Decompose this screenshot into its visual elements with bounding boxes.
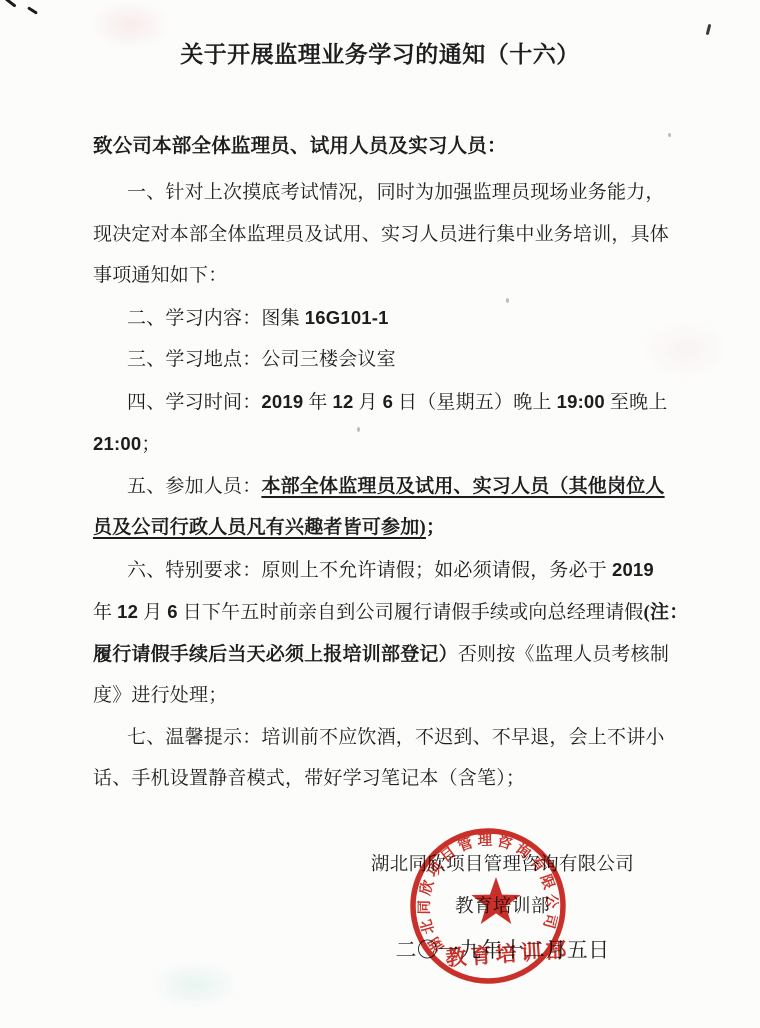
text-segment: 19:00 [557, 391, 605, 412]
text-segment: ； [141, 434, 160, 455]
body-line: 七、温馨提示：培训前不应饮酒，不迟到、不早退，会上不讲小 [93, 717, 671, 759]
body-line: 21:00； [93, 423, 671, 466]
text-segment: 日下午五时前亲自到公司履行请假手续或向总经理请假 [178, 602, 644, 623]
text-segment: 五、参加人员： [127, 476, 261, 497]
text-segment: (注： [644, 602, 689, 623]
text-segment: 本部全体监理员及试用、实习人员（其他岗位人 [261, 476, 664, 497]
text-segment: 2019 [261, 391, 303, 412]
text-segment: 六、特别要求：原则上不允许请假；如必须请假，务必于 [127, 560, 612, 581]
text-segment: 21:00 [93, 433, 141, 454]
text-segment: 否则按《监理人员考核制 [458, 644, 669, 665]
text-segment: 2019 [612, 559, 654, 580]
text-segment: 月 [138, 602, 167, 623]
body-line: 年 12 月 6 日下午五时前亲自到公司履行请假手续或向总经理请假(注： [93, 591, 671, 634]
body-line: 五、参加人员：本部全体监理员及试用、实习人员（其他岗位人 [93, 466, 671, 508]
text-segment: 6 [383, 391, 394, 412]
body-lines: 一、针对上次摸底考试情况，同时为加强监理员现场业务能力，现决定对本部全体监理员及… [93, 172, 671, 800]
body-line: 履行请假手续后当天必须上报培训部登记）否则按《监理人员考核制 [93, 634, 671, 676]
stamp-star-icon [471, 877, 520, 924]
text-segment: 履行请假手续后当天必须上报培训部登记） [93, 644, 458, 665]
body-line: 话、手机设置静音模式，带好学习笔记本（含笔）； [93, 758, 671, 800]
body-line: 三、学习地点：公司三楼会议室 [93, 339, 671, 381]
text-segment: 话、手机设置静音模式，带好学习笔记本（含笔）； [93, 768, 525, 789]
text-segment: 度》进行处理； [93, 685, 227, 706]
body-line: 现决定对本部全体监理员及试用、实习人员进行集中业务培训，具体 [93, 214, 671, 256]
text-segment: 现决定对本部全体监理员及试用、实习人员进行集中业务培训，具体 [93, 224, 669, 245]
text-segment: 至晚上 [605, 392, 668, 413]
text-segment: 二、学习内容：图集 [127, 308, 305, 329]
text-segment: 员及公司行政人员凡有兴趣者皆可参加) [93, 517, 426, 538]
document-title: 关于开展监理业务学习的通知（十六） [0, 38, 760, 72]
company-stamp: 湖北同欣项目管理咨询有限公司 教育培训部 [401, 821, 577, 993]
document-body: 致公司本部全体监理员、试用人员及实习人员： 一、针对上次摸底考试情况，同时为加强… [93, 126, 671, 971]
body-line: 四、学习时间：2019 年 12 月 6 日（星期五）晚上 19:00 至晚上 [93, 381, 671, 424]
text-segment: 事项通知如下： [93, 265, 227, 286]
text-segment: 一、针对上次摸底考试情况，同时为加强监理员现场业务能力， [127, 182, 665, 203]
scanned-notice-page: 关于开展监理业务学习的通知（十六） 致公司本部全体监理员、试用人员及实习人员： … [0, 0, 760, 1028]
text-segment: 月 [353, 392, 382, 413]
text-segment: 6 [167, 601, 178, 622]
salutation-line: 致公司本部全体监理员、试用人员及实习人员： [93, 126, 671, 168]
text-segment: ； [426, 517, 445, 538]
body-line: 六、特别要求：原则上不允许请假；如必须请假，务必于 2019 [93, 549, 671, 592]
text-segment: 12 [332, 391, 353, 412]
text-segment: 三、学习地点：公司三楼会议室 [127, 349, 396, 370]
body-line: 二、学习内容：图集 16G101-1 [93, 297, 671, 340]
scan-mark [4, 0, 16, 8]
scan-mark [27, 6, 38, 15]
text-segment: 16G101-1 [305, 307, 389, 328]
text-segment: 年 [93, 602, 117, 623]
body-line: 度》进行处理； [93, 675, 671, 717]
body-line: 员及公司行政人员凡有兴趣者皆可参加)； [93, 507, 671, 549]
text-segment: 年 [303, 392, 332, 413]
text-segment: 四、学习时间： [127, 392, 261, 413]
text-segment: 七、温馨提示：培训前不应饮酒，不迟到、不早退，会上不讲小 [127, 727, 665, 748]
text-segment: 12 [117, 601, 138, 622]
body-line: 事项通知如下： [93, 255, 671, 297]
scan-mark [706, 24, 712, 35]
text-segment: 日（星期五）晚上 [393, 392, 557, 413]
stamp-department-text: 教育培训部 [445, 938, 571, 971]
body-line: 一、针对上次摸底考试情况，同时为加强监理员现场业务能力， [93, 172, 671, 214]
